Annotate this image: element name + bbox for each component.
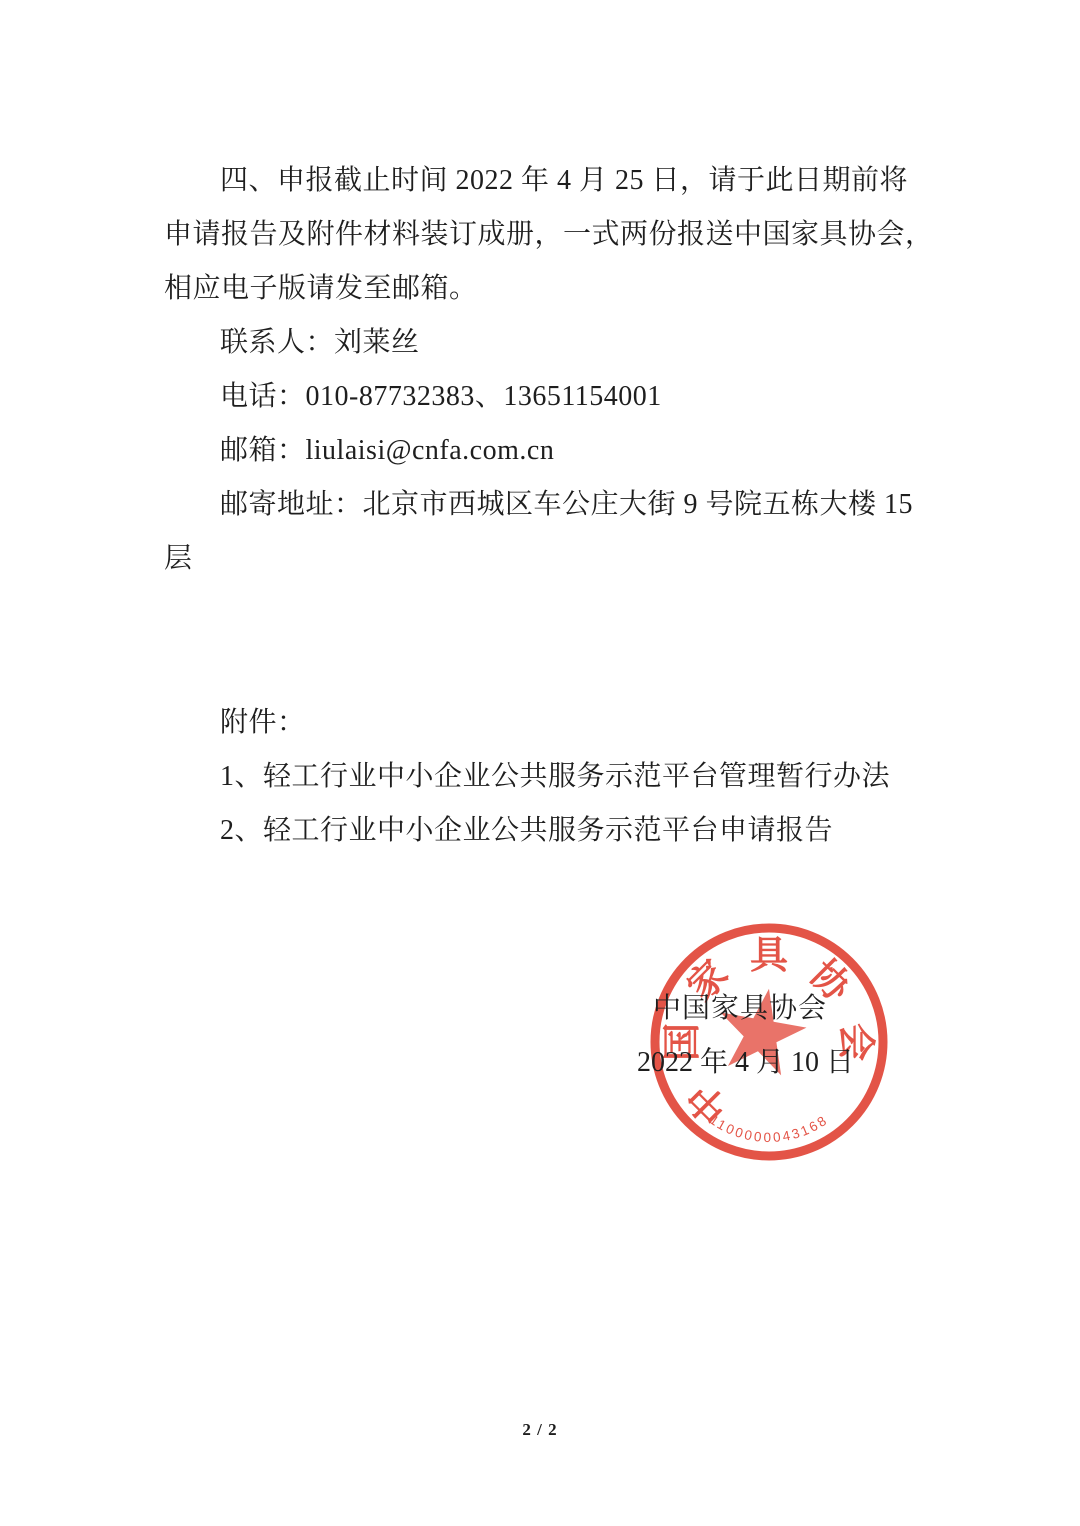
attachment-item: 2、轻工行业中小企业公共服务示范平台申请报告	[164, 804, 924, 858]
page-number: 2 / 2	[0, 1420, 1080, 1440]
signature-organization: 中国家具协会	[653, 986, 827, 1026]
document-page: 四、申报截止时间 2022 年 4 月 25 日，请于此日期前将 申请报告及附件…	[0, 0, 1080, 1526]
contact-phone-line: 电话：010-87732383、13651154001	[164, 370, 924, 424]
attachments-label: 附件：	[164, 696, 924, 750]
mailing-address-wrap-line: 层	[164, 532, 924, 586]
paragraph-line: 申请报告及附件材料装订成册，一式两份报送中国家具协会，	[164, 208, 924, 262]
attachment-item: 1、轻工行业中小企业公共服务示范平台管理暂行办法	[164, 750, 924, 804]
contact-person-line: 联系人：刘莱丝	[164, 316, 924, 370]
mailing-address-line: 邮寄地址：北京市西城区车公庄大街 9 号院五栋大楼 15	[164, 478, 924, 532]
body-text-block: 四、申报截止时间 2022 年 4 月 25 日，请于此日期前将 申请报告及附件…	[164, 154, 924, 586]
paragraph-line: 四、申报截止时间 2022 年 4 月 25 日，请于此日期前将	[164, 154, 924, 208]
attachments-block: 附件： 1、轻工行业中小企业公共服务示范平台管理暂行办法 2、轻工行业中小企业公…	[164, 696, 924, 858]
paragraph-line: 相应电子版请发至邮箱。	[164, 262, 924, 316]
contact-email-line: 邮箱：liulaisi@cnfa.com.cn	[164, 424, 924, 478]
signature-date: 2022 年 4 月 10 日	[637, 1040, 854, 1080]
seal-char: 具	[750, 935, 790, 977]
seal-serial-number: 1100000043168	[707, 1112, 831, 1145]
